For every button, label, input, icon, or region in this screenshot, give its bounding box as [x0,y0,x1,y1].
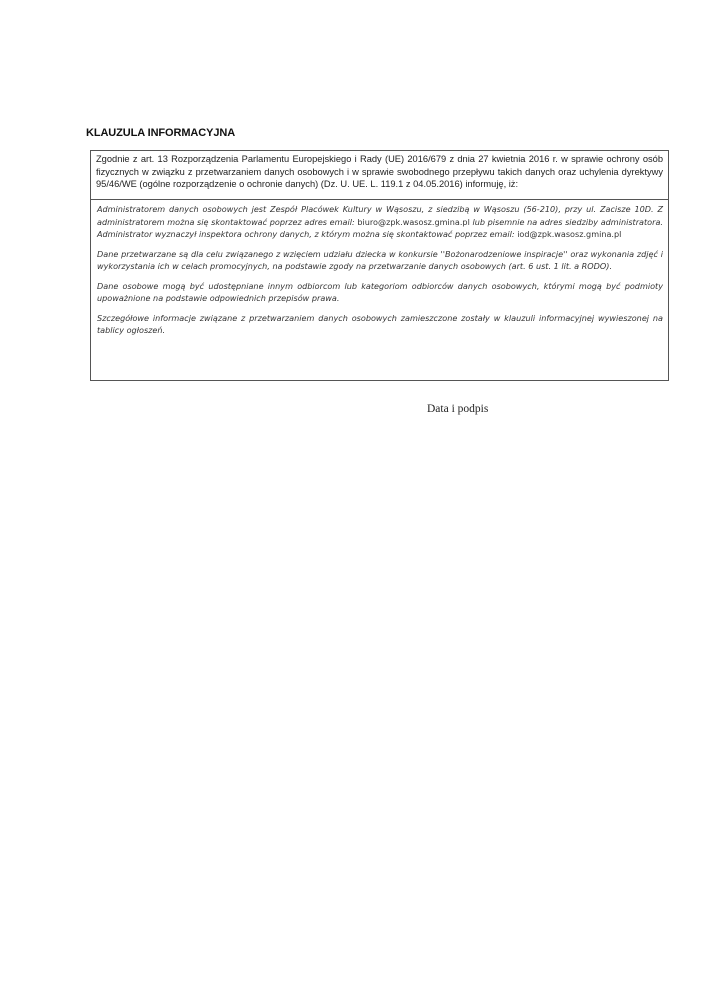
details-paragraph: Szczegółowe informacje związane z przetw… [97,312,663,337]
recipients-paragraph: Dane osobowe mogą być udostępniane innym… [97,280,663,305]
purpose-paragraph: Dane przetwarzane są dla celu związanego… [97,248,663,273]
legal-basis-intro: Zgodnie z art. 13 Rozporządzenia Parlame… [91,151,668,200]
admin-email: biuro@zpk.wasosz.gmina.pl [357,217,469,227]
clause-body: Administratorem danych osobowych jest Ze… [91,200,668,337]
administrator-paragraph: Administratorem danych osobowych jest Ze… [97,203,663,241]
iod-email: iod@zpk.wasosz.gmina.pl [517,229,621,239]
information-clause-box: Zgodnie z art. 13 Rozporządzenia Parlame… [90,150,669,381]
document-heading: KLAUZULA INFORMACYJNA [86,127,235,139]
signature-label: Data i podpis [427,403,488,415]
